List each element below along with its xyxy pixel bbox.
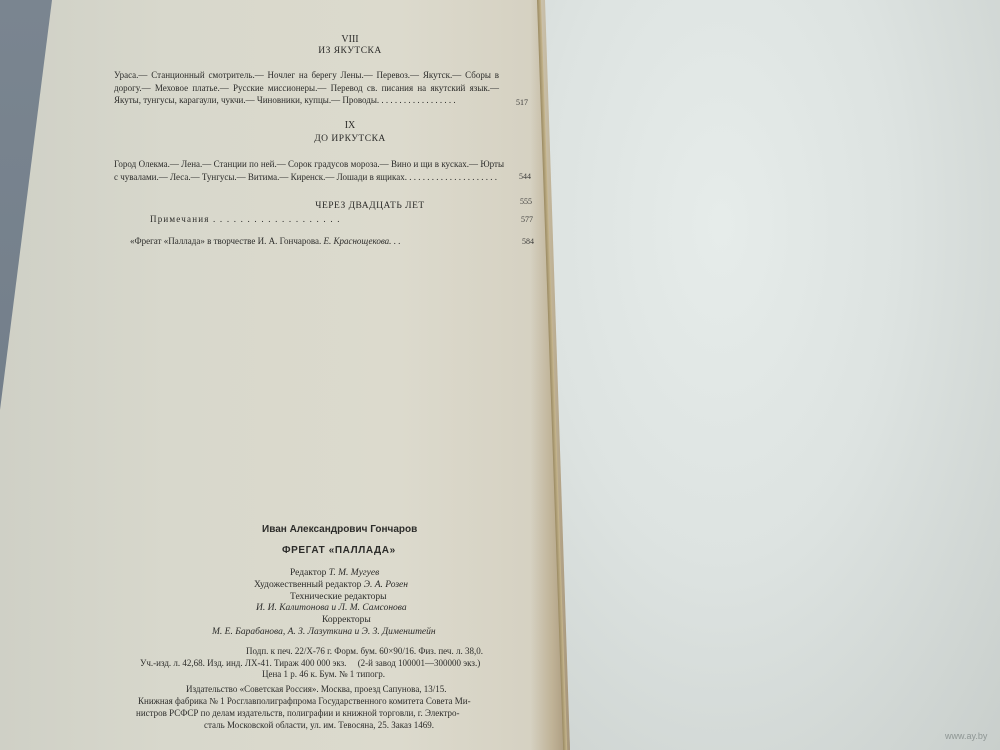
essay-title: «Фрегат «Паллада» в творчестве И. А. Гон… xyxy=(130,236,321,246)
chapter-8-contents: Ураса.— Станционный смотритель.— Ночлег … xyxy=(114,69,499,107)
chapter-9-number: IX xyxy=(300,119,400,132)
editor-label: Редактор xyxy=(290,568,326,578)
colophon-book-title: ФРЕГАТ «ПАЛЛАДА» xyxy=(282,544,396,557)
editor-name: Т. М. Мугуев xyxy=(329,568,380,578)
after-twenty-years-page: 555 xyxy=(520,195,532,208)
watermark: www.ay.by xyxy=(945,731,987,741)
notes-entry: Примечания . . . . . . . . . . . . . . .… xyxy=(150,213,510,226)
proofreaders-names: М. Е. Барабанова, А. З. Лазуткина и Э. З… xyxy=(212,626,436,639)
chapter-9-title: ДО ИРКУТСКА xyxy=(230,133,470,146)
chapter-8-title: ИЗ ЯКУТСКА xyxy=(230,45,470,58)
notes-page: 577 xyxy=(521,213,533,226)
essay-page: 584 xyxy=(522,235,534,248)
essay-entry: «Фрегат «Паллада» в творчестве И. А. Гон… xyxy=(130,235,400,248)
publisher-line-4: сталь Московской области, ул. им. Тевося… xyxy=(204,719,434,732)
after-twenty-years-title: ЧЕРЕЗ ДВАДЦАТЬ ЛЕТ xyxy=(240,200,500,213)
chapter-9-contents: Город Олекма.— Лена.— Станции по ней.— С… xyxy=(114,158,504,183)
colophon-author: Иван Александрович Гончаров xyxy=(262,523,417,536)
essay-author: Е. Краснощекова. xyxy=(324,236,392,246)
art-editor-label: Художественный редактор xyxy=(254,580,361,590)
print-details-run: Уч.-изд. л. 42,68. Изд. инд. ЛХ-41. Тира… xyxy=(140,658,346,668)
chapter-9-page: 544 xyxy=(519,170,531,183)
essay-dots: . . xyxy=(394,236,401,246)
chapter-8-page: 517 xyxy=(516,96,528,109)
art-editor-name: Э. А. Розен xyxy=(364,580,408,590)
print-details-plant: (2-й завод 100001—300000 экз.) xyxy=(358,658,481,668)
print-details-price: Цена 1 р. 46 к. Бум. № 1 типогр. xyxy=(262,668,385,681)
blank-right-page xyxy=(535,0,1000,750)
